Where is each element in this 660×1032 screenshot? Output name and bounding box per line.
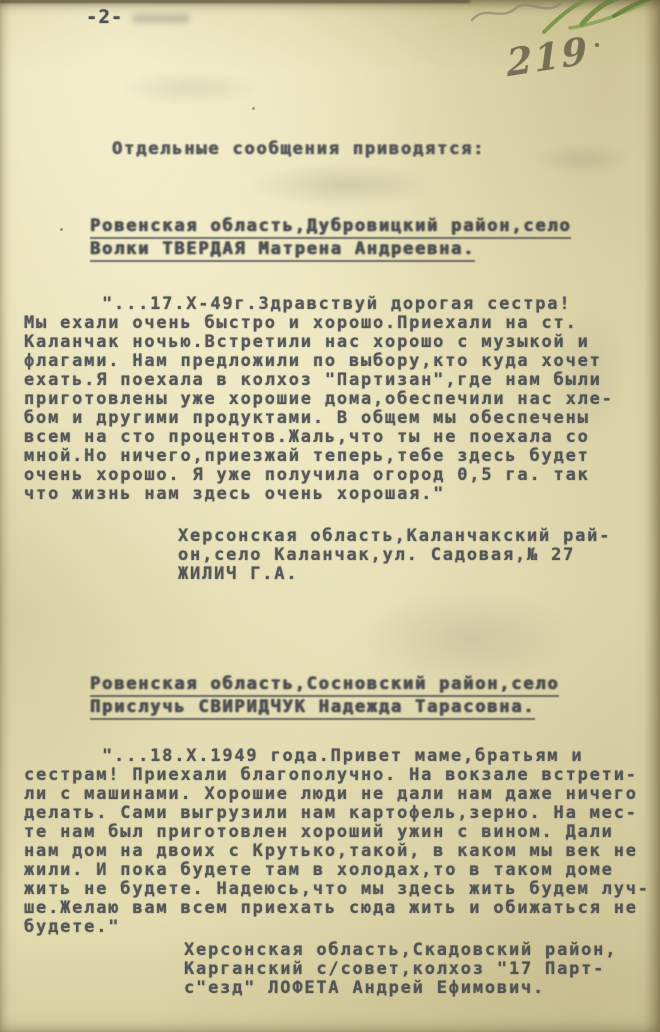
intro-heading: Отдельные сообщения приводятся: bbox=[112, 139, 485, 159]
letter1-line: "...17.X-49г.Здравствуй дорогая сестра! bbox=[24, 295, 614, 314]
letter2-body: "...18.X.1949 года.Привет маме,братьям и… bbox=[24, 747, 650, 937]
ink-smudge bbox=[132, 14, 190, 23]
letter1-body: "...17.X-49г.Здравствуй дорогая сестра! … bbox=[24, 295, 614, 504]
letter1-line: бом и другими продуктами. В общем мы обе… bbox=[24, 409, 614, 428]
letter2-line: жить не будете. Надеюсь,что мы здесь жит… bbox=[24, 880, 650, 899]
letter1-sender-address: Херсонская область,Каланчакский рай- он,… bbox=[178, 527, 611, 584]
letter1-line: очень хорошо. Я уже получила огород 0,5 … bbox=[24, 466, 614, 485]
address-line: Херсонская область,Каланчакский рай- bbox=[178, 527, 611, 546]
address-line: Карганский с/совет,колхоз "17 Парт- bbox=[184, 960, 617, 979]
typed-page-number: -2- bbox=[86, 6, 123, 28]
letter2-sender-address: Херсонская область,Скадовский район, Кар… bbox=[184, 941, 617, 998]
letter2-line: делать. Сами выгрузили нам картофель,зер… bbox=[24, 804, 650, 823]
scanned-document-page: -2- 219 Отдельные сообщения приводятся: … bbox=[0, 0, 660, 1032]
letter2-line: ше.Желаю вам всем приехать сюда жить и о… bbox=[24, 899, 650, 918]
ink-speck bbox=[60, 228, 63, 231]
letter1-line: ехать.Я поехала в колхоз "Партизан",где … bbox=[24, 371, 614, 390]
paper-stain bbox=[532, 142, 632, 176]
section1-heading: Ровенская область,Дубровицкий район,село… bbox=[90, 217, 571, 263]
letter2-line: нам дом на двоих с Крутько,такой, в како… bbox=[24, 842, 650, 861]
section1-heading-line2: Волки ТВЕРДАЯ Матрена Андреевна. bbox=[90, 240, 475, 262]
letter2-line: ли с машинами. Хорошие люди не дали нам … bbox=[24, 785, 650, 804]
section2-heading-line1: Ровенская область,Сосновский район,село bbox=[90, 675, 559, 697]
letter2-line: сестрам! Приехали благополучно. На вокза… bbox=[24, 766, 650, 785]
letter2-line: "...18.X.1949 года.Привет маме,братьям и bbox=[24, 747, 650, 766]
section1-heading-line1: Ровенская область,Дубровицкий район,село bbox=[90, 217, 571, 239]
address-line: он,село Каланчак,ул. Садовая,№ 27 bbox=[178, 546, 611, 565]
paper-stain bbox=[360, 588, 580, 688]
letter1-line: Мы ехали очень быстро и хорошо.Приехали … bbox=[24, 314, 614, 333]
letter1-line: приготовлены уже хорошие дома,обеспечили… bbox=[24, 390, 614, 409]
ink-speck bbox=[252, 107, 255, 110]
letter2-line: будете." bbox=[24, 918, 650, 937]
letter2-line: те нам был приготовлен хороший ужин с ви… bbox=[24, 823, 650, 842]
letter2-line: жили. И пока будете там в холодах,то в т… bbox=[24, 861, 650, 880]
paper-stain bbox=[248, 162, 438, 208]
section2-heading-line2: Прислучь СВИРИДЧУК Надежда Тарасовна. bbox=[90, 698, 535, 720]
handwritten-folio-number: 219 bbox=[506, 23, 627, 86]
section2-heading: Ровенская область,Сосновский район,село … bbox=[90, 675, 559, 721]
address-line: с"езд" ЛОФЕТА Андрей Ефимович. bbox=[184, 979, 617, 998]
paper-stain bbox=[120, 70, 260, 106]
pencil-squiggle bbox=[468, 0, 564, 28]
letter1-line: мной.Но ничего,приезжай теперь,тебе здес… bbox=[24, 447, 614, 466]
address-line: Херсонская область,Скадовский район, bbox=[184, 941, 617, 960]
letter1-line: что жизнь нам здесь очень хорошая." bbox=[24, 485, 614, 504]
letter1-line: флагами. Нам предложили по выбору,кто ку… bbox=[24, 352, 614, 371]
letter1-line: всем на сто процентов.Жаль,что ты не пое… bbox=[24, 428, 614, 447]
letter1-line: Каланчак ночью.Встретили нас хорошо с му… bbox=[24, 333, 614, 352]
scan-top-edge-shadow bbox=[0, 0, 470, 3]
address-line: ЖИЛИЧ Г.А. bbox=[178, 565, 611, 584]
